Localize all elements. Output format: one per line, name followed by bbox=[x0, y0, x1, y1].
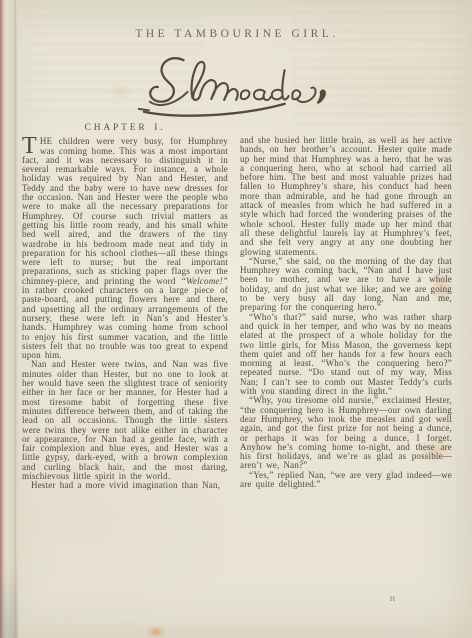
body-text: “Nurse,” she said, on the morning of the… bbox=[240, 256, 452, 312]
chapter-heading: CHAPTER I. bbox=[22, 124, 228, 133]
two-column-text: CHAPTER I. THE children were very busy, … bbox=[22, 124, 452, 491]
body-text: and she busied her little brain, as well… bbox=[240, 135, 452, 257]
paragraph: “Yes,” replied Nan, “we are very glad in… bbox=[240, 471, 452, 490]
page-stack-edge bbox=[0, 0, 18, 638]
paragraph: Hester had a more vivid imagination than… bbox=[22, 481, 228, 490]
body-text: “Who’s that?” said nurse, who was rather… bbox=[240, 312, 452, 396]
paragraph: “Who’s that?” said nurse, who was rather… bbox=[240, 313, 452, 397]
paragraph: and she busied her little brain, as well… bbox=[240, 136, 452, 257]
paragraph: THE children were very busy, for Humphre… bbox=[22, 137, 228, 360]
body-text: Nan and Hester were twins, and Nan was f… bbox=[22, 359, 228, 481]
paragraph: “Nurse,” she said, on the morning of the… bbox=[240, 257, 452, 313]
page-content: THE TAMBOURINE GIRL. bbox=[0, 0, 472, 491]
body-text: “Yes,” replied Nan, “we are very glad in… bbox=[240, 470, 452, 489]
author-signature bbox=[138, 54, 356, 118]
left-column-text: THE children were very busy, for Humphre… bbox=[22, 137, 228, 490]
printers-signature-mark: H bbox=[390, 595, 396, 603]
paragraph: Nan and Hester were twins, and Nan was f… bbox=[22, 360, 228, 481]
body-text: HE children were very busy, for Humphrey… bbox=[22, 136, 228, 285]
page-title: THE TAMBOURINE GIRL. bbox=[22, 28, 452, 40]
paragraph: “Why, you tiresome old nursie,” exclaime… bbox=[240, 396, 452, 470]
foxing-spot bbox=[146, 626, 166, 638]
book-page-scan: THE TAMBOURINE GIRL. bbox=[0, 0, 472, 638]
drop-cap: T bbox=[22, 137, 40, 156]
right-column: and she busied her little brain, as well… bbox=[240, 124, 452, 491]
body-text: in rather crooked characters on a large … bbox=[22, 285, 228, 360]
body-text: “Why, you tiresome old nursie,” exclaime… bbox=[240, 395, 452, 470]
left-column: CHAPTER I. THE children were very busy, … bbox=[22, 124, 228, 491]
handwriting-signature-icon bbox=[138, 54, 356, 118]
body-text: Hester had a more vivid imagination than… bbox=[31, 480, 220, 490]
